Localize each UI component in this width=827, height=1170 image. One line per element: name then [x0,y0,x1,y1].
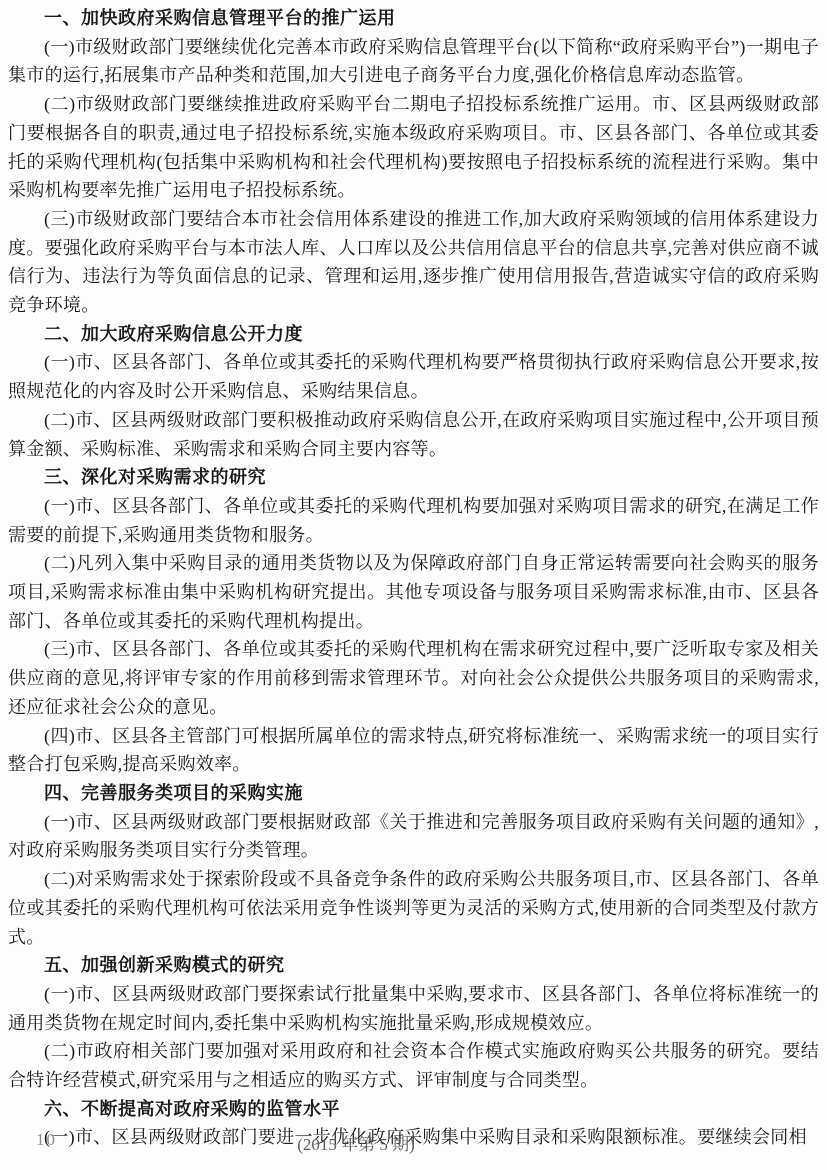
section-heading-6: 六、不断提高对政府采购的监管水平 [8,1095,819,1124]
paragraph: (三)市级财政部门要结合本市社会信用体系建设的推进工作,加大政府采购领域的信用体… [8,205,819,320]
paragraph: (二)市、区县两级财政部门要积极推动政府采购信息公开,在政府采购项目实施过程中,… [8,406,819,463]
document-body: 一、加快政府采购信息管理平台的推广运用 (一)市级财政部门要继续优化完善本市政府… [8,4,819,1152]
paragraph: (二)市政府相关部门要加强对采用政府和社会资本合作模式实施政府购买公共服务的研究… [8,1037,819,1094]
section-heading-5: 五、加强创新采购模式的研究 [8,951,819,980]
section-heading-4: 四、完善服务类项目的采购实施 [8,779,819,808]
section-heading-3: 三、深化对采购需求的研究 [8,463,819,492]
section-heading-1: 一、加快政府采购信息管理平台的推广运用 [8,4,819,33]
document-page: 一、加快政府采购信息管理平台的推广运用 (一)市级财政部门要继续优化完善本市政府… [0,0,827,1170]
paragraph: (四)市、区县各主管部门可根据所属单位的需求特点,研究将标准统一、采购需求统一的… [8,722,819,779]
paragraph: (一)市、区县各部门、各单位或其委托的采购代理机构要严格贯彻执行政府采购信息公开… [8,348,819,405]
paragraph: (一)市级财政部门要继续优化完善本市政府采购信息管理平台(以下简称“政府采购平台… [8,33,819,90]
paragraph: (二)对采购需求处于探索阶段或不具备竞争条件的政府采购公共服务项目,市、区县各部… [8,865,819,951]
paragraph: (二)凡列入集中采购目录的通用类货物以及为保障政府部门自身正常运转需要向社会购买… [8,549,819,635]
page-footer: 10 (2015 年第 5 期) [0,1128,827,1158]
paragraph: (一)市、区县两级财政部门要根据财政部《关于推进和完善服务项目政府采购有关问题的… [8,808,819,865]
paragraph: (二)市级财政部门要继续推进政府采购平台二期电子招投标系统推广运用。市、区县两级… [8,90,819,205]
paragraph: (一)市、区县各部门、各单位或其委托的采购代理机构要加强对采购项目需求的研究,在… [8,492,819,549]
paragraph: (一)市、区县两级财政部门要探索试行批量集中采购,要求市、区县各部门、各单位将标… [8,980,819,1037]
paragraph: (三)市、区县各部门、各单位或其委托的采购代理机构在需求研究过程中,要广泛听取专… [8,635,819,721]
issue-label: (2015 年第 5 期) [0,1130,712,1155]
section-heading-2: 二、加大政府采购信息公开力度 [8,320,819,349]
